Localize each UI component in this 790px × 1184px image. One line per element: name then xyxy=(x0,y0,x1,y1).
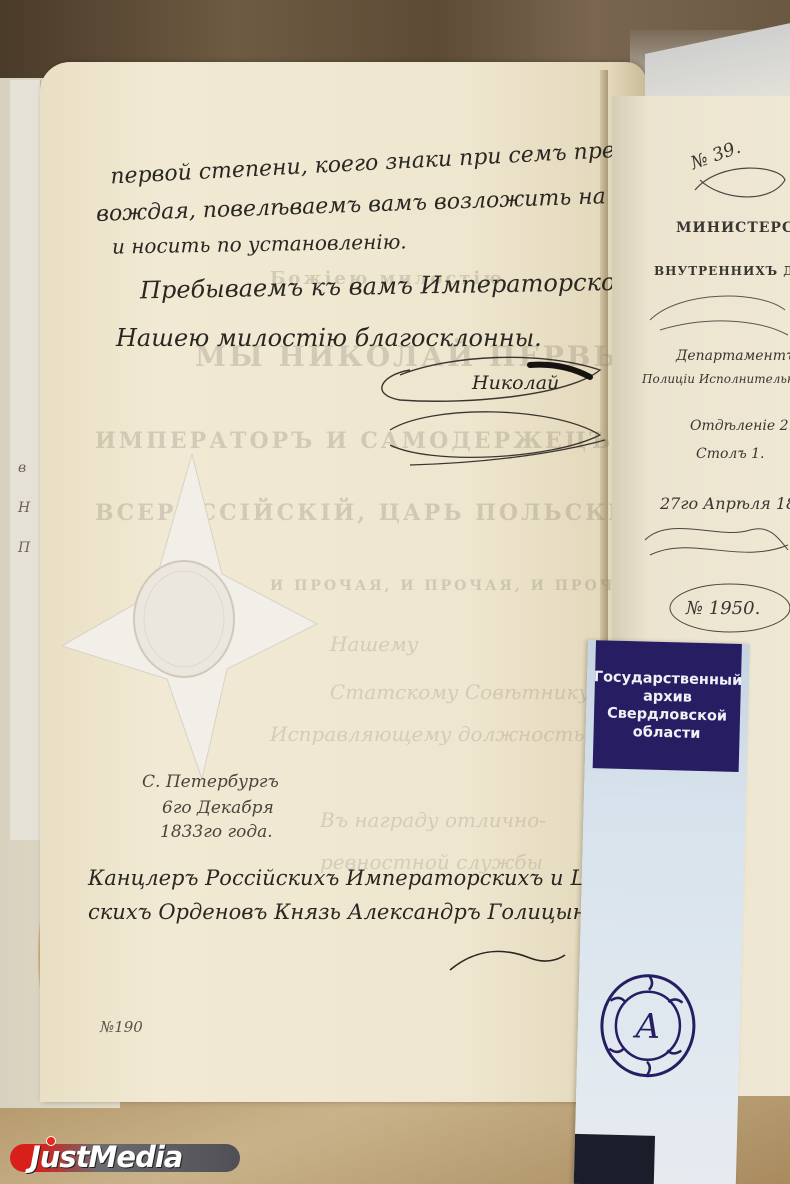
bookmark-header: Государственный архив Свердловской облас… xyxy=(593,640,742,772)
ghost-script: Нашему xyxy=(330,632,418,656)
header-flourish xyxy=(640,280,790,340)
paper-seal xyxy=(62,454,322,784)
department: Департаментъ xyxy=(676,348,790,364)
bookmark-text: Государственный xyxy=(594,668,743,690)
folder-left-strip: в Н П xyxy=(10,80,41,840)
bookmark-shadow xyxy=(574,1134,655,1184)
date-year: 1833го года. xyxy=(160,822,273,842)
archive-bookmark: Государственный архив Свердловской облас… xyxy=(574,640,750,1184)
section: Отдѣленіе 2. xyxy=(690,418,790,434)
text-line: и носить по установленію. xyxy=(112,229,407,258)
number-flourish xyxy=(660,578,790,638)
svg-text:А: А xyxy=(633,1006,662,1047)
header-flourish xyxy=(690,160,790,210)
margin-mark: П xyxy=(18,540,30,556)
logo-text: JustMedia xyxy=(30,1140,182,1174)
ministry-header: ВНУТРЕННИХЪ ДѢЛЪ xyxy=(654,264,790,278)
folio-number: №190 xyxy=(100,1018,143,1036)
archive-emblem-icon: А xyxy=(595,970,702,1081)
bookmark-text: Свердловской xyxy=(607,705,727,726)
place: С. Петербургъ xyxy=(142,772,279,792)
bookmark-text: архив xyxy=(643,687,692,706)
countersign-flourish xyxy=(440,930,570,980)
bookmark-text: области xyxy=(633,723,701,743)
desk: Столъ 1. xyxy=(696,446,764,462)
margin-mark: Н xyxy=(18,500,30,516)
date-day: 6го Декабря xyxy=(162,798,274,818)
countersign-line: скихъ Орденовъ Князь Александръ Голицынъ xyxy=(88,900,600,924)
ministry-header: МИНИСТЕРСТВО xyxy=(676,220,790,236)
margin-mark: в xyxy=(18,460,26,476)
date-flourish xyxy=(640,510,790,570)
signature-flourish xyxy=(370,345,610,475)
ghost-print-line: И ПРОЧАЯ, И ПРОЧАЯ, И ПРОЧАЯ xyxy=(270,578,645,594)
ghost-script: Въ награду отлично- xyxy=(320,808,546,832)
countersign-line: Канцлеръ Россійскихъ Императорскихъ и Ца… xyxy=(88,866,622,890)
department: Полиціи Исполнительной xyxy=(642,372,790,386)
justmedia-logo: JustMedia xyxy=(10,1140,240,1174)
emperor-signature: Николай xyxy=(472,372,559,394)
